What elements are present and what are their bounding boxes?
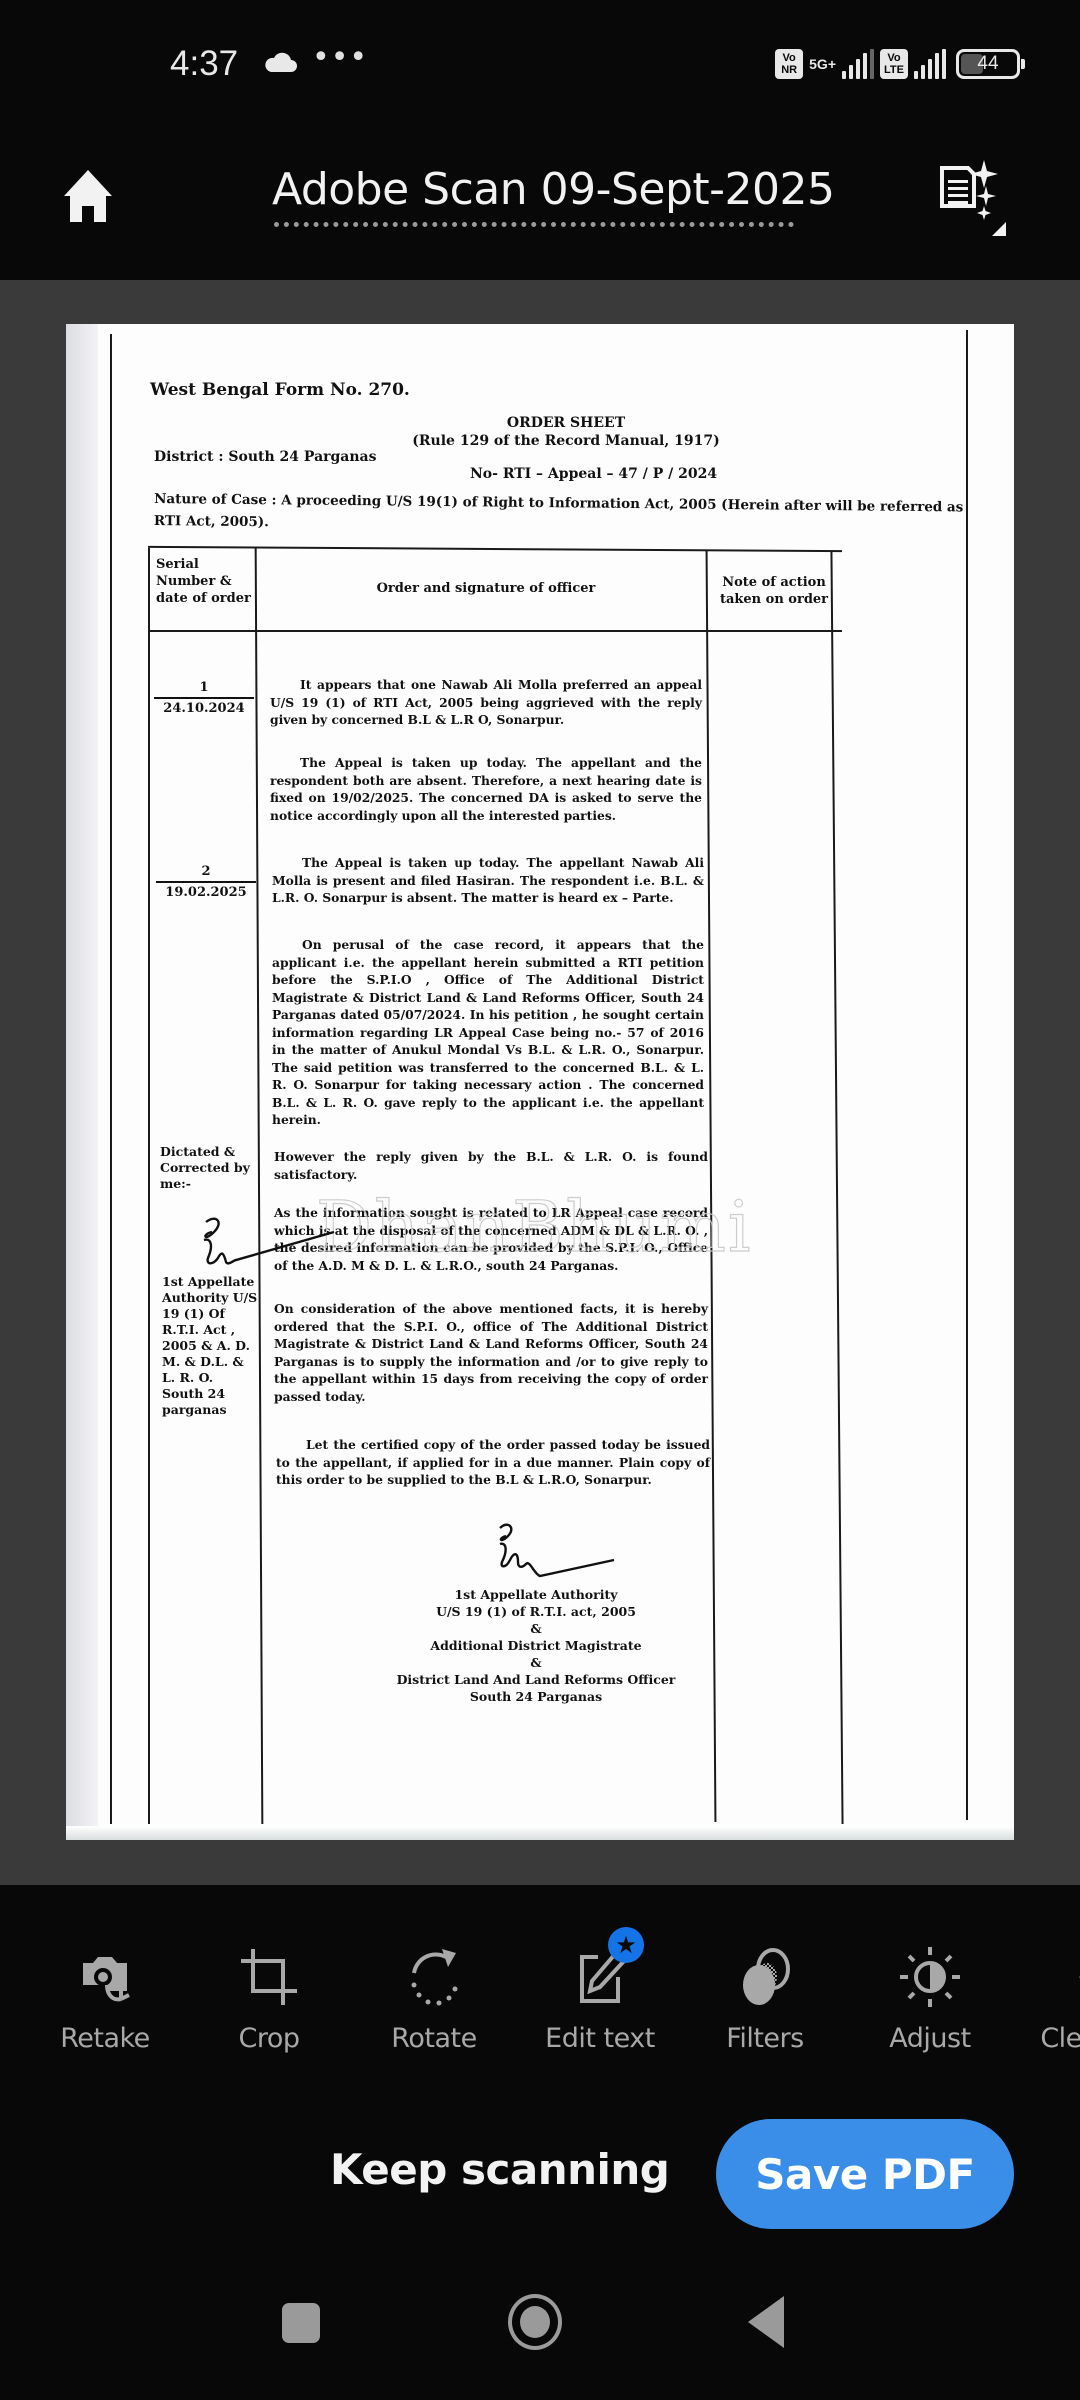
order-paragraph: The Appeal is taken up today. The appell…: [270, 754, 702, 824]
document-title[interactable]: Adobe Scan 09-Sept-2025: [272, 164, 835, 215]
order-paragraph: Let the certified copy of the order pass…: [276, 1436, 710, 1489]
vonr-badge: Vo NR: [775, 49, 803, 79]
authority-note: 1st Appellate Authority U/S 19 (1) Of R.…: [162, 1274, 258, 1418]
edit-text-button[interactable]: ★ Edit text: [530, 1945, 670, 2054]
retake-camera-icon: [73, 1945, 137, 2009]
adjust-button[interactable]: Adjust: [860, 1945, 1000, 2054]
status-indicators: Vo NR 5G+ Vo LTE 44: [775, 46, 1020, 82]
serial-entry-1: 1 24.10.2024: [154, 680, 254, 716]
column-header-serial: Serial Number & date of order: [156, 556, 256, 607]
table-border: [148, 548, 150, 1824]
filters-icon: [733, 1945, 797, 2009]
status-time: 4:37: [170, 44, 238, 84]
border-line: [966, 330, 968, 1820]
case-number: No- RTI – Appeal – 47 / P / 2024: [470, 466, 717, 482]
page-edge-shadow-bottom: [66, 1826, 1014, 1840]
rotate-icon: [402, 1945, 466, 2009]
home-icon[interactable]: [58, 166, 118, 226]
retake-button[interactable]: Retake: [35, 1945, 175, 2054]
action-bar: Keep scanning Save PDF: [0, 2085, 1080, 2260]
nature-of-case: Nature of Case : A proceeding U/S 19(1) …: [154, 488, 994, 541]
dictated-note: Dictated & Corrected by me:-: [160, 1144, 256, 1192]
more-notifications-icon: •••: [312, 40, 368, 75]
signature-block: 1st Appellate Authority U/S 19 (1) of R.…: [366, 1586, 706, 1705]
column-header-note: Note of action taken on order: [716, 574, 832, 608]
filters-button[interactable]: Filters: [695, 1945, 835, 2054]
order-paragraph: The Appeal is taken up today. The appell…: [272, 854, 704, 907]
recents-icon[interactable]: [282, 2303, 320, 2343]
battery-icon: 44: [956, 49, 1020, 79]
scan-preview-area: West Bengal Form No. 270. ORDER SHEET (R…: [0, 280, 1080, 1885]
form-number: West Bengal Form No. 270.: [150, 380, 410, 400]
table-border: [148, 546, 842, 552]
table-border: [830, 552, 843, 1824]
order-paragraph: However the reply given by the B.L. & L.…: [274, 1148, 708, 1183]
keep-scanning-button[interactable]: Keep scanning: [330, 2145, 669, 2194]
save-pdf-button[interactable]: Save PDF: [716, 2119, 1014, 2229]
premium-star-badge: ★: [608, 1927, 644, 1963]
signal-strength-icon: [842, 49, 874, 79]
signature-image: [186, 1212, 336, 1282]
column-header-order: Order and signature of officer: [266, 580, 706, 597]
serial-entry-2: 2 19.02.2025: [156, 864, 256, 900]
border-line: [110, 334, 112, 1824]
system-nav-bar: [0, 2260, 1080, 2400]
district-label: District : South 24 Parganas: [154, 449, 377, 465]
crop-icon: [237, 1945, 301, 2009]
status-bar: 4:37 ••• Vo NR 5G+ Vo LTE 44: [0, 0, 1080, 130]
signal-strength-icon-2: [914, 49, 946, 79]
order-sheet-heading: ORDER SHEET (Rule 129 of the Record Manu…: [366, 414, 766, 450]
order-paragraph: On perusal of the case record, it appear…: [272, 936, 704, 1129]
adjust-brightness-icon: [898, 1945, 962, 2009]
crop-button[interactable]: Crop: [199, 1945, 339, 2054]
volte-badge: Vo LTE: [880, 49, 908, 79]
order-paragraph: On consideration of the above mentioned …: [274, 1300, 708, 1405]
title-edit-underline: [274, 222, 794, 227]
edit-toolbar: Retake Crop Rotate ★ Edit text: [0, 1885, 1080, 2085]
table-border: [148, 630, 842, 632]
page-edge-shadow: [66, 324, 98, 1840]
rotate-button[interactable]: Rotate: [364, 1945, 504, 2054]
home-nav-icon[interactable]: [508, 2294, 562, 2350]
app-header: Adobe Scan 09-Sept-2025: [0, 130, 1080, 280]
battery-level: 44: [977, 53, 998, 75]
cleanup-button[interactable]: Cleanup: [1024, 1945, 1080, 2054]
scanned-page[interactable]: West Bengal Form No. 270. ORDER SHEET (R…: [66, 324, 1014, 1840]
ai-document-sparkle-icon[interactable]: [934, 158, 1014, 236]
watermark-text: DhanBhumi: [316, 1186, 752, 1268]
cleanup-eraser-icon: [1062, 1945, 1080, 2009]
network-type: 5G+: [809, 57, 836, 71]
cloud-icon: [262, 50, 298, 74]
signature-image: [486, 1520, 616, 1582]
order-paragraph: It appears that one Nawab Ali Molla pref…: [270, 676, 702, 729]
back-icon[interactable]: [748, 2296, 784, 2348]
